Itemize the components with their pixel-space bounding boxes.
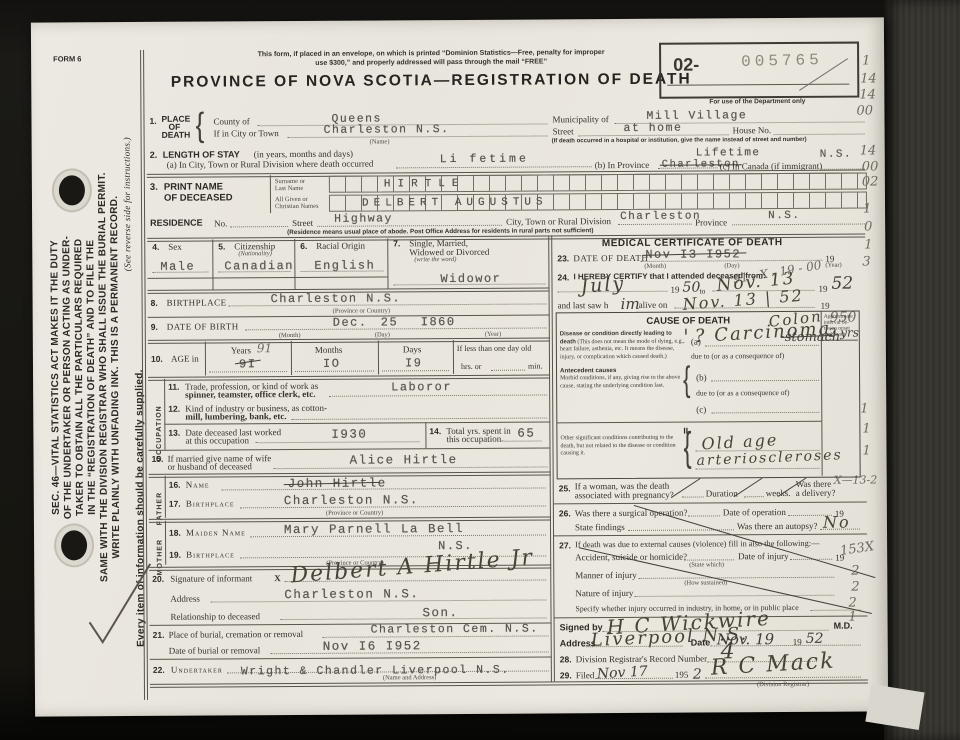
item15-label2: or husband of deceased [168,461,252,472]
burial-date-label: Date of burial or removal [169,645,261,656]
years-label: Years [231,345,251,355]
margin-note: 1 [862,421,870,436]
year-19: 19 [835,553,844,563]
state-which-caption: (State which) [689,561,724,568]
other-conditions-text: Other significant conditions contributin… [560,435,675,457]
dotted-line [744,496,764,497]
item10-no: 10. [151,354,163,364]
county-label: County of [213,116,249,126]
cell-divider [291,341,292,375]
dotted-line [291,417,547,420]
day-caption: (Day) [724,262,739,269]
item14-label2: this occupation [446,434,501,444]
dotted-line [501,441,541,442]
attended-from-value: July [580,272,626,297]
autopsy-label: Was there an autopsy? [737,521,818,531]
margin-note: 3 [862,254,870,269]
margin-note: 14 [860,71,877,86]
item18-no: 18. [169,528,181,538]
alive-on-label: alive on [639,300,668,310]
filed-label: Filed [576,670,595,680]
how-sustained-caption: (How sustained) [684,579,727,586]
item2b-province-value: N.S. [820,149,852,161]
dotted-line [732,224,865,226]
birthplace-label: BIRTHPLACE [167,297,227,307]
birth-year-value: I860 [421,315,456,329]
informant-x-mark: X [274,573,281,583]
municipality-label: Municipality of [552,114,608,124]
item6-no: 6. [300,241,307,251]
age-days-value: I9 [405,356,422,370]
margin-note: 00 [856,103,873,118]
mother-maiden-name-label: Maiden Name [186,527,246,537]
margin-note: 2 [851,580,859,595]
row-rule [150,656,552,659]
md-label: M.D. [834,621,853,631]
dotted-line [618,224,692,225]
column-divider-rule [548,235,555,681]
record-number-label: Division Registrar's Record Number [576,653,707,664]
item2b-label: (b) In Province [595,160,650,170]
cell-divider [387,238,388,288]
item17-no: 17. [169,499,181,509]
morbid-note: Morbid conditions, if any, giving rise t… [560,375,688,391]
scanned-death-registration: { "header": { "form_no": "FORM 6", "mail… [0,0,960,740]
dotted-line [209,371,287,372]
informant-label: Signature of informant [170,573,252,584]
injury-date-label: Date of injury [738,551,789,561]
other-conditions-note: Other significant conditions contributin… [560,435,688,458]
dotted-line [152,272,208,273]
brace: { [195,105,204,145]
item14-no: 14. [429,426,441,436]
margin-note: 1 [864,237,872,252]
dotted-line [682,497,704,498]
margin-note: 14 [859,87,876,102]
house-no-label: House No. [733,125,772,135]
page-title: PROVINCE OF NOVA SCOTIA—REGISTRATION OF … [161,71,701,92]
residence-street-value: Highway [334,212,393,225]
surname-value: HIRTLE [384,178,466,190]
cell-divider [270,175,271,213]
residence-province-value: N.S. [768,210,800,222]
item3-no: 3. [150,182,158,193]
registration-number-stamp: 005765 [741,51,823,71]
item13-label2: at this occupation [185,435,249,445]
city-town-label: If in City or Town [214,128,279,138]
surname-label2: Last Name [275,185,303,192]
item7-no: 7. [393,238,400,248]
cell-divider [205,342,206,376]
dotted-line [295,371,374,372]
item22-no: 22. [153,665,165,675]
last-worked-value: I930 [331,428,367,442]
item11-label2: spinner, teamster, office clerk, etc. [185,389,315,400]
dotted-line [329,394,547,396]
given-names-label2: Christian Names [275,203,319,210]
dotted-line [820,529,860,530]
item1-no: 1. [149,116,156,126]
mother-vertical-label: MOTHER [156,511,163,575]
cell-divider [165,476,166,518]
birthplace-caption: (Province or Country) [333,307,390,314]
dotted-line [491,370,525,371]
burial-place-value: Charleston Cem. N.S. [371,623,539,637]
margin-note: 0 [864,219,872,234]
less-than-day-label: If less than one day old [457,344,531,353]
residence-city-value: Charleston [620,211,701,223]
month-caption: (Month) [644,263,666,270]
item19-no: 19. [169,550,181,560]
burial-place-label: Place of burial, cremation or removal [169,629,304,640]
min-label: min. [528,361,543,370]
item26-no: 26. [559,508,571,518]
item12-label2: mill, lumbering, bank, etc. [185,411,286,422]
signed-date-label: Date [691,637,711,647]
residence-no-label: No. [214,218,227,228]
item16-no: 16. [169,480,181,490]
item27-no: 27. [559,540,571,550]
year-19: 19 [671,285,680,295]
item28-no: 28. [560,654,572,664]
cell-divider [294,239,295,289]
item29-no: 29. [560,670,572,680]
residence-province-label: Province [695,217,727,227]
residence-city-label: City, Town or Rural Division [506,216,611,227]
due-to-label2: due to (or as a consequence of) [696,388,789,398]
filed-year-printed: 195 [675,670,689,680]
informant-address-value: Charleston N.S. [284,587,419,602]
form-number: FORM 6 [53,54,81,63]
father-name-label: Name [186,480,210,490]
item3-label2: OF DECEASED [164,192,233,203]
street-label: Street [553,126,574,136]
item4-no: 4. [152,242,159,252]
dotted-line [688,515,720,516]
dotted-line [281,617,547,620]
age-label: AGE in [171,354,199,364]
item21-no: 21. [153,630,165,640]
row-rule [149,447,551,450]
item9-no: 9. [151,322,158,332]
date-of-birth-label: DATE OF BIRTH [167,321,239,331]
cell-divider [212,240,213,290]
stamp-caption: For use of the Department only [659,98,855,106]
cause-lead-note: Disease or condition directly leading to… [560,331,688,362]
item3-label: PRINT NAME [164,181,223,192]
margin-note: 1 [862,53,870,68]
item11-no: 11. [168,382,179,392]
undertaker-label: Undertaker [171,664,223,674]
item2a-label: (a) In City, Town or Rural Division wher… [167,159,374,170]
manner-label: Manner of injury [575,570,637,580]
item2a-value: Li fetime [440,153,529,167]
racial-origin-label: Racial Origin [316,241,365,251]
mother-maiden-name-value: Mary Parnell La Bell [284,522,464,537]
age-months-value: IO [323,357,340,371]
morbid-text: Morbid conditions, if any, giving rise t… [560,375,680,389]
cause-c-label: (c) [696,404,706,414]
year-caption: (Year) [825,262,841,269]
father-birthplace-label: Birthplace [186,498,235,508]
undertaker-caption: (Name and Address) [383,674,436,681]
undertaker-value: Wright & Chandler Liverpool N.S. [241,664,510,679]
item20-no: 20. [152,574,164,584]
margin-note: 1 [860,402,868,417]
item8-no: 8. [151,298,158,308]
registration-number-prefix: 02- [673,55,699,76]
father-birthplace-caption: (Province or Country) [326,509,383,516]
burial-date-value: Nov I6 I952 [323,639,422,654]
margin-note: 14 [860,143,877,158]
item2-sub: (in years, months and days) [254,149,353,160]
row-rule [554,502,867,505]
cell-divider [165,521,166,565]
to-year-value: 52 [831,274,853,294]
age-years-value: 9I [239,357,256,371]
cell-divider [425,422,426,448]
birthplace-value: Charleston N.S. [271,291,402,306]
division-registrar-caption: (Division Registrar) [757,681,809,688]
dotted-line [634,595,834,597]
informant-signature: Delbert A Hirtle Jr [290,545,535,588]
paper-edge-sliver [865,684,924,730]
state-findings-label: State findings [575,522,625,532]
occupation-vertical-label: OCCUPATION [156,377,164,461]
pregnancy-label2: associated with pregnancy? [575,490,674,501]
cause-b-label: (b) [696,372,707,382]
residence-label: RESIDENCE [150,218,203,228]
margin-note: 153X [839,539,875,559]
mail-note-line2: use $300,” and properly addressed will p… [171,58,691,68]
city-town-value: Charleston N.S. [324,123,450,137]
marital-caption: (write the word) [414,256,456,263]
dotted-line [230,226,288,227]
days-label: Days [403,344,422,354]
relationship-label: Relationship to deceased [170,611,260,622]
item2b-value: Lifetime [696,147,761,159]
given-names-value: DELBERT AUGUSTUS [362,196,548,209]
item2-no: 2. [150,150,158,160]
last-saw-him: im [621,295,640,313]
date-of-death-label: DATE OF DEATH [573,253,648,263]
months-label: Months [315,345,343,355]
occupation-value: Laboror [391,380,452,394]
item12-no: 12. [168,404,180,414]
name-caption: (Name) [370,138,390,145]
row-rule [147,276,387,278]
row-rule [554,534,867,537]
handwritten-slash [734,478,763,498]
item25-no: 25. [559,483,571,493]
dotted-line [705,677,861,679]
relationship-value: Son. [422,606,458,620]
spouse-name-value: Alice Hirtle [350,453,458,468]
cell-divider [453,340,454,374]
birth-month-value: Dec. [333,316,368,330]
mother-birthplace-label: Birthplace [186,549,235,559]
item1-label: DEATH [162,130,191,140]
scan-cloth-background [884,0,960,740]
delivery-label2: a delivery? [796,488,836,498]
residence-street-label: Street [292,218,313,228]
interval-value: 2 yrs [829,326,859,340]
accident-label: Accident, suicide or homicide? [575,552,687,563]
item5-no: 5. [218,241,225,251]
street-value: at home [624,122,683,135]
item13-no: 13. [168,428,180,438]
dotted-line [684,559,734,560]
birth-day-value: 25 [381,315,398,329]
cell-divider [164,379,165,450]
antecedent-label: Antecedent causes [560,367,616,374]
handwritten-slash [672,478,701,498]
margin-note: 1 [862,443,870,458]
filed-date-value: Nov 17 [596,664,648,683]
brace: { [683,359,691,401]
death-registration-form: FORM 6 This form, if placed in an envelo… [31,17,888,716]
years-handwritten: 91 [257,341,272,355]
item2-label: LENGTH OF STAY [163,149,240,159]
row-rule [164,421,550,424]
section-rule [148,374,550,380]
dotted-line [774,134,865,136]
item15-no: 15. [152,454,164,464]
father-birthplace-value: Charleston N.S. [284,493,419,508]
stamp-box-rule [667,84,849,86]
year-19: 19 [818,284,827,294]
cell-divider [378,340,379,374]
operation-date-label: Date of operation [723,507,786,517]
year-19: 19 [821,301,830,311]
due-to-label: due to (or as a consequence of) [691,351,784,361]
last-saw-label: and last saw h [558,300,609,310]
nationality-caption: (Nationality) [238,250,272,257]
cause-lead-rest: (This does not mean the mode of dying, e… [560,338,685,360]
dotted-line [396,166,592,168]
dotted-line [382,370,449,371]
informant-address-label: Address [170,594,200,604]
years-in-occupation-value: 65 [517,427,535,441]
hrs-label: hrs. or [461,362,482,371]
sex-label: Sex [168,242,182,252]
dotted-line [638,577,834,579]
filed-year-value: 2 [693,667,702,683]
item23-no: 23. [557,253,569,263]
hospital-note: (If death occurred in a hospital or inst… [552,137,807,145]
nature-label: Nature of injury [575,588,633,598]
item24-no: 24. [557,272,569,282]
brace: { [683,425,691,473]
external-causes-intro: If death was due to external causes (vio… [575,539,819,549]
